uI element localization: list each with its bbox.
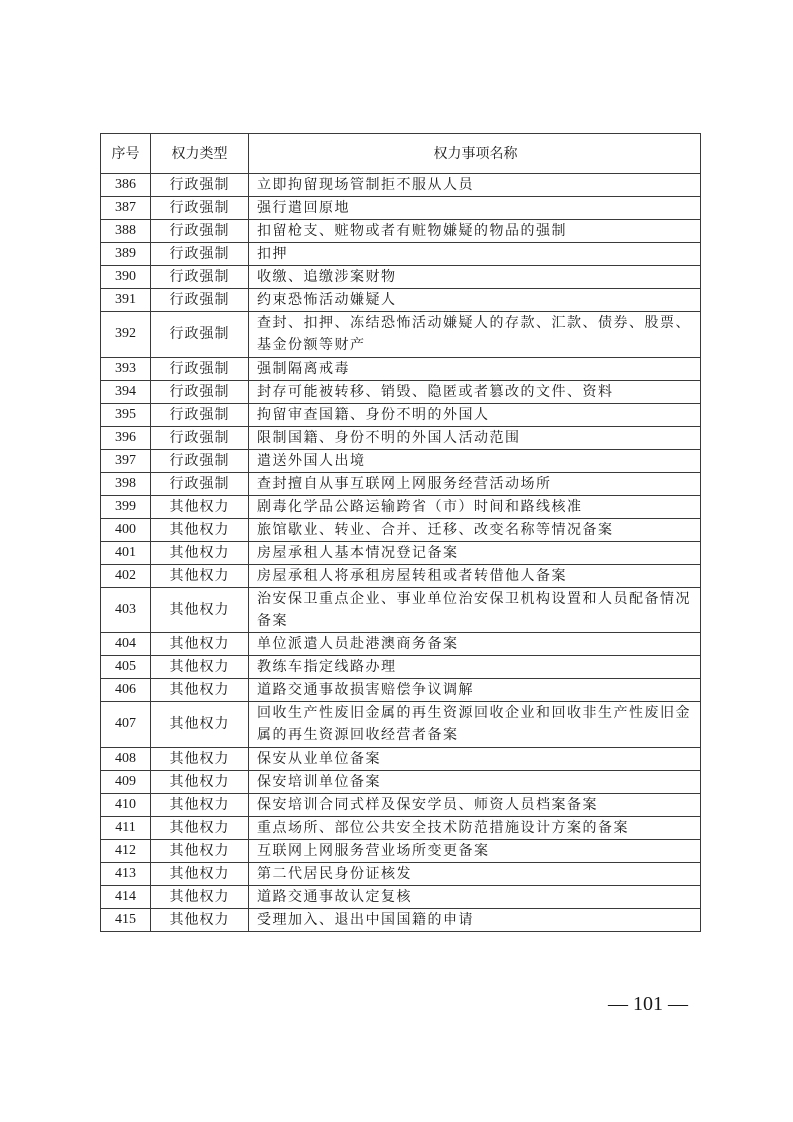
row-type: 行政强制 <box>151 357 249 380</box>
row-name: 剧毒化学品公路运输跨省（市）时间和路线核准 <box>249 495 701 518</box>
row-name: 道路交通事故认定复核 <box>249 885 701 908</box>
row-no: 395 <box>101 403 151 426</box>
row-type: 其他权力 <box>151 908 249 931</box>
row-no: 393 <box>101 357 151 380</box>
table-row: 386行政强制立即拘留现场管制拒不服从人员 <box>101 174 701 197</box>
row-name: 教练车指定线路办理 <box>249 656 701 679</box>
row-no: 414 <box>101 885 151 908</box>
table-header-row: 序号 权力类型 权力事项名称 <box>101 134 701 174</box>
row-type: 其他权力 <box>151 770 249 793</box>
row-no: 412 <box>101 839 151 862</box>
table-row: 400其他权力旅馆歇业、转业、合并、迁移、改变名称等情况备案 <box>101 518 701 541</box>
row-type: 行政强制 <box>151 426 249 449</box>
row-type: 其他权力 <box>151 747 249 770</box>
row-no: 411 <box>101 816 151 839</box>
table-row: 410其他权力保安培训合同式样及保安学员、师资人员档案备案 <box>101 793 701 816</box>
row-name: 回收生产性废旧金属的再生资源回收企业和回收非生产性废旧金属的再生资源回收经营者备… <box>249 702 701 748</box>
row-no: 387 <box>101 197 151 220</box>
row-no: 399 <box>101 495 151 518</box>
row-no: 390 <box>101 266 151 289</box>
row-name: 限制国籍、身份不明的外国人活动范围 <box>249 426 701 449</box>
row-name: 单位派遣人员赴港澳商务备案 <box>249 633 701 656</box>
table-row: 391行政强制约束恐怖活动嫌疑人 <box>101 289 701 312</box>
table-row: 406其他权力道路交通事故损害赔偿争议调解 <box>101 679 701 702</box>
table-row: 405其他权力教练车指定线路办理 <box>101 656 701 679</box>
row-type: 其他权力 <box>151 679 249 702</box>
page-number: — 101 — <box>593 993 703 1016</box>
row-name: 扣押 <box>249 243 701 266</box>
row-type: 行政强制 <box>151 266 249 289</box>
row-type: 行政强制 <box>151 197 249 220</box>
row-name: 房屋承租人基本情况登记备案 <box>249 541 701 564</box>
row-no: 402 <box>101 564 151 587</box>
table-row: 389行政强制扣押 <box>101 243 701 266</box>
row-type: 其他权力 <box>151 839 249 862</box>
row-no: 405 <box>101 656 151 679</box>
row-no: 408 <box>101 747 151 770</box>
row-name: 保安培训单位备案 <box>249 770 701 793</box>
table-row: 387行政强制强行遣回原地 <box>101 197 701 220</box>
row-name: 约束恐怖活动嫌疑人 <box>249 289 701 312</box>
power-items-table: 序号 权力类型 权力事项名称 386行政强制立即拘留现场管制拒不服从人员387行… <box>100 133 701 932</box>
row-name: 保安培训合同式样及保安学员、师资人员档案备案 <box>249 793 701 816</box>
row-type: 其他权力 <box>151 656 249 679</box>
table-row: 403其他权力治安保卫重点企业、事业单位治安保卫机构设置和人员配备情况备案 <box>101 587 701 633</box>
row-no: 409 <box>101 770 151 793</box>
row-no: 389 <box>101 243 151 266</box>
row-type: 行政强制 <box>151 220 249 243</box>
row-type: 其他权力 <box>151 495 249 518</box>
row-no: 392 <box>101 312 151 358</box>
table-row: 392行政强制查封、扣押、冻结恐怖活动嫌疑人的存款、汇款、债券、股票、基金份额等… <box>101 312 701 358</box>
table-row: 398行政强制查封擅自从事互联网上网服务经营活动场所 <box>101 472 701 495</box>
table-row: 390行政强制收缴、追缴涉案财物 <box>101 266 701 289</box>
row-name: 治安保卫重点企业、事业单位治安保卫机构设置和人员配备情况备案 <box>249 587 701 633</box>
row-name: 强行遣回原地 <box>249 197 701 220</box>
row-no: 406 <box>101 679 151 702</box>
row-no: 410 <box>101 793 151 816</box>
header-name: 权力事项名称 <box>249 134 701 174</box>
row-name: 收缴、追缴涉案财物 <box>249 266 701 289</box>
row-name: 房屋承租人将承租房屋转租或者转借他人备案 <box>249 564 701 587</box>
row-no: 397 <box>101 449 151 472</box>
row-name: 遣送外国人出境 <box>249 449 701 472</box>
row-type: 行政强制 <box>151 289 249 312</box>
row-no: 386 <box>101 174 151 197</box>
table-row: 402其他权力房屋承租人将承租房屋转租或者转借他人备案 <box>101 564 701 587</box>
row-name: 互联网上网服务营业场所变更备案 <box>249 839 701 862</box>
table-row: 394行政强制封存可能被转移、销毁、隐匿或者篡改的文件、资料 <box>101 380 701 403</box>
row-name: 第二代居民身份证核发 <box>249 862 701 885</box>
row-type: 其他权力 <box>151 541 249 564</box>
table-row: 413其他权力第二代居民身份证核发 <box>101 862 701 885</box>
table-row: 409其他权力保安培训单位备案 <box>101 770 701 793</box>
header-type: 权力类型 <box>151 134 249 174</box>
row-name: 封存可能被转移、销毁、隐匿或者篡改的文件、资料 <box>249 380 701 403</box>
table-row: 404其他权力单位派遣人员赴港澳商务备案 <box>101 633 701 656</box>
row-type: 其他权力 <box>151 793 249 816</box>
row-name: 保安从业单位备案 <box>249 747 701 770</box>
table-row: 399其他权力剧毒化学品公路运输跨省（市）时间和路线核准 <box>101 495 701 518</box>
row-type: 其他权力 <box>151 633 249 656</box>
row-type: 其他权力 <box>151 702 249 748</box>
table-row: 396行政强制限制国籍、身份不明的外国人活动范围 <box>101 426 701 449</box>
row-type: 行政强制 <box>151 472 249 495</box>
table-body: 386行政强制立即拘留现场管制拒不服从人员387行政强制强行遣回原地388行政强… <box>101 174 701 932</box>
row-type: 其他权力 <box>151 816 249 839</box>
row-type: 其他权力 <box>151 862 249 885</box>
table-row: 408其他权力保安从业单位备案 <box>101 747 701 770</box>
table-row: 415其他权力受理加入、退出中国国籍的申请 <box>101 908 701 931</box>
row-no: 415 <box>101 908 151 931</box>
row-name: 重点场所、部位公共安全技术防范措施设计方案的备案 <box>249 816 701 839</box>
table-row: 407其他权力回收生产性废旧金属的再生资源回收企业和回收非生产性废旧金属的再生资… <box>101 702 701 748</box>
row-no: 394 <box>101 380 151 403</box>
row-no: 396 <box>101 426 151 449</box>
row-name: 拘留审查国籍、身份不明的外国人 <box>249 403 701 426</box>
row-no: 401 <box>101 541 151 564</box>
table-row: 395行政强制拘留审查国籍、身份不明的外国人 <box>101 403 701 426</box>
row-type: 行政强制 <box>151 174 249 197</box>
row-name: 旅馆歇业、转业、合并、迁移、改变名称等情况备案 <box>249 518 701 541</box>
row-name: 受理加入、退出中国国籍的申请 <box>249 908 701 931</box>
row-no: 398 <box>101 472 151 495</box>
row-type: 行政强制 <box>151 449 249 472</box>
row-no: 388 <box>101 220 151 243</box>
table-row: 414其他权力道路交通事故认定复核 <box>101 885 701 908</box>
row-no: 403 <box>101 587 151 633</box>
row-type: 其他权力 <box>151 587 249 633</box>
row-type: 其他权力 <box>151 518 249 541</box>
table-row: 401其他权力房屋承租人基本情况登记备案 <box>101 541 701 564</box>
row-no: 407 <box>101 702 151 748</box>
row-type: 其他权力 <box>151 885 249 908</box>
table-row: 411其他权力重点场所、部位公共安全技术防范措施设计方案的备案 <box>101 816 701 839</box>
table-row: 393行政强制强制隔离戒毒 <box>101 357 701 380</box>
row-no: 400 <box>101 518 151 541</box>
row-name: 立即拘留现场管制拒不服从人员 <box>249 174 701 197</box>
row-no: 391 <box>101 289 151 312</box>
row-type: 行政强制 <box>151 312 249 358</box>
row-no: 404 <box>101 633 151 656</box>
table-row: 397行政强制遣送外国人出境 <box>101 449 701 472</box>
table-row: 412其他权力互联网上网服务营业场所变更备案 <box>101 839 701 862</box>
row-name: 道路交通事故损害赔偿争议调解 <box>249 679 701 702</box>
row-no: 413 <box>101 862 151 885</box>
row-type: 行政强制 <box>151 403 249 426</box>
row-name: 强制隔离戒毒 <box>249 357 701 380</box>
row-type: 行政强制 <box>151 243 249 266</box>
row-name: 扣留枪支、赃物或者有赃物嫌疑的物品的强制 <box>249 220 701 243</box>
row-name: 查封擅自从事互联网上网服务经营活动场所 <box>249 472 701 495</box>
row-type: 其他权力 <box>151 564 249 587</box>
row-type: 行政强制 <box>151 380 249 403</box>
row-name: 查封、扣押、冻结恐怖活动嫌疑人的存款、汇款、债券、股票、基金份额等财产 <box>249 312 701 358</box>
header-no: 序号 <box>101 134 151 174</box>
table-row: 388行政强制扣留枪支、赃物或者有赃物嫌疑的物品的强制 <box>101 220 701 243</box>
